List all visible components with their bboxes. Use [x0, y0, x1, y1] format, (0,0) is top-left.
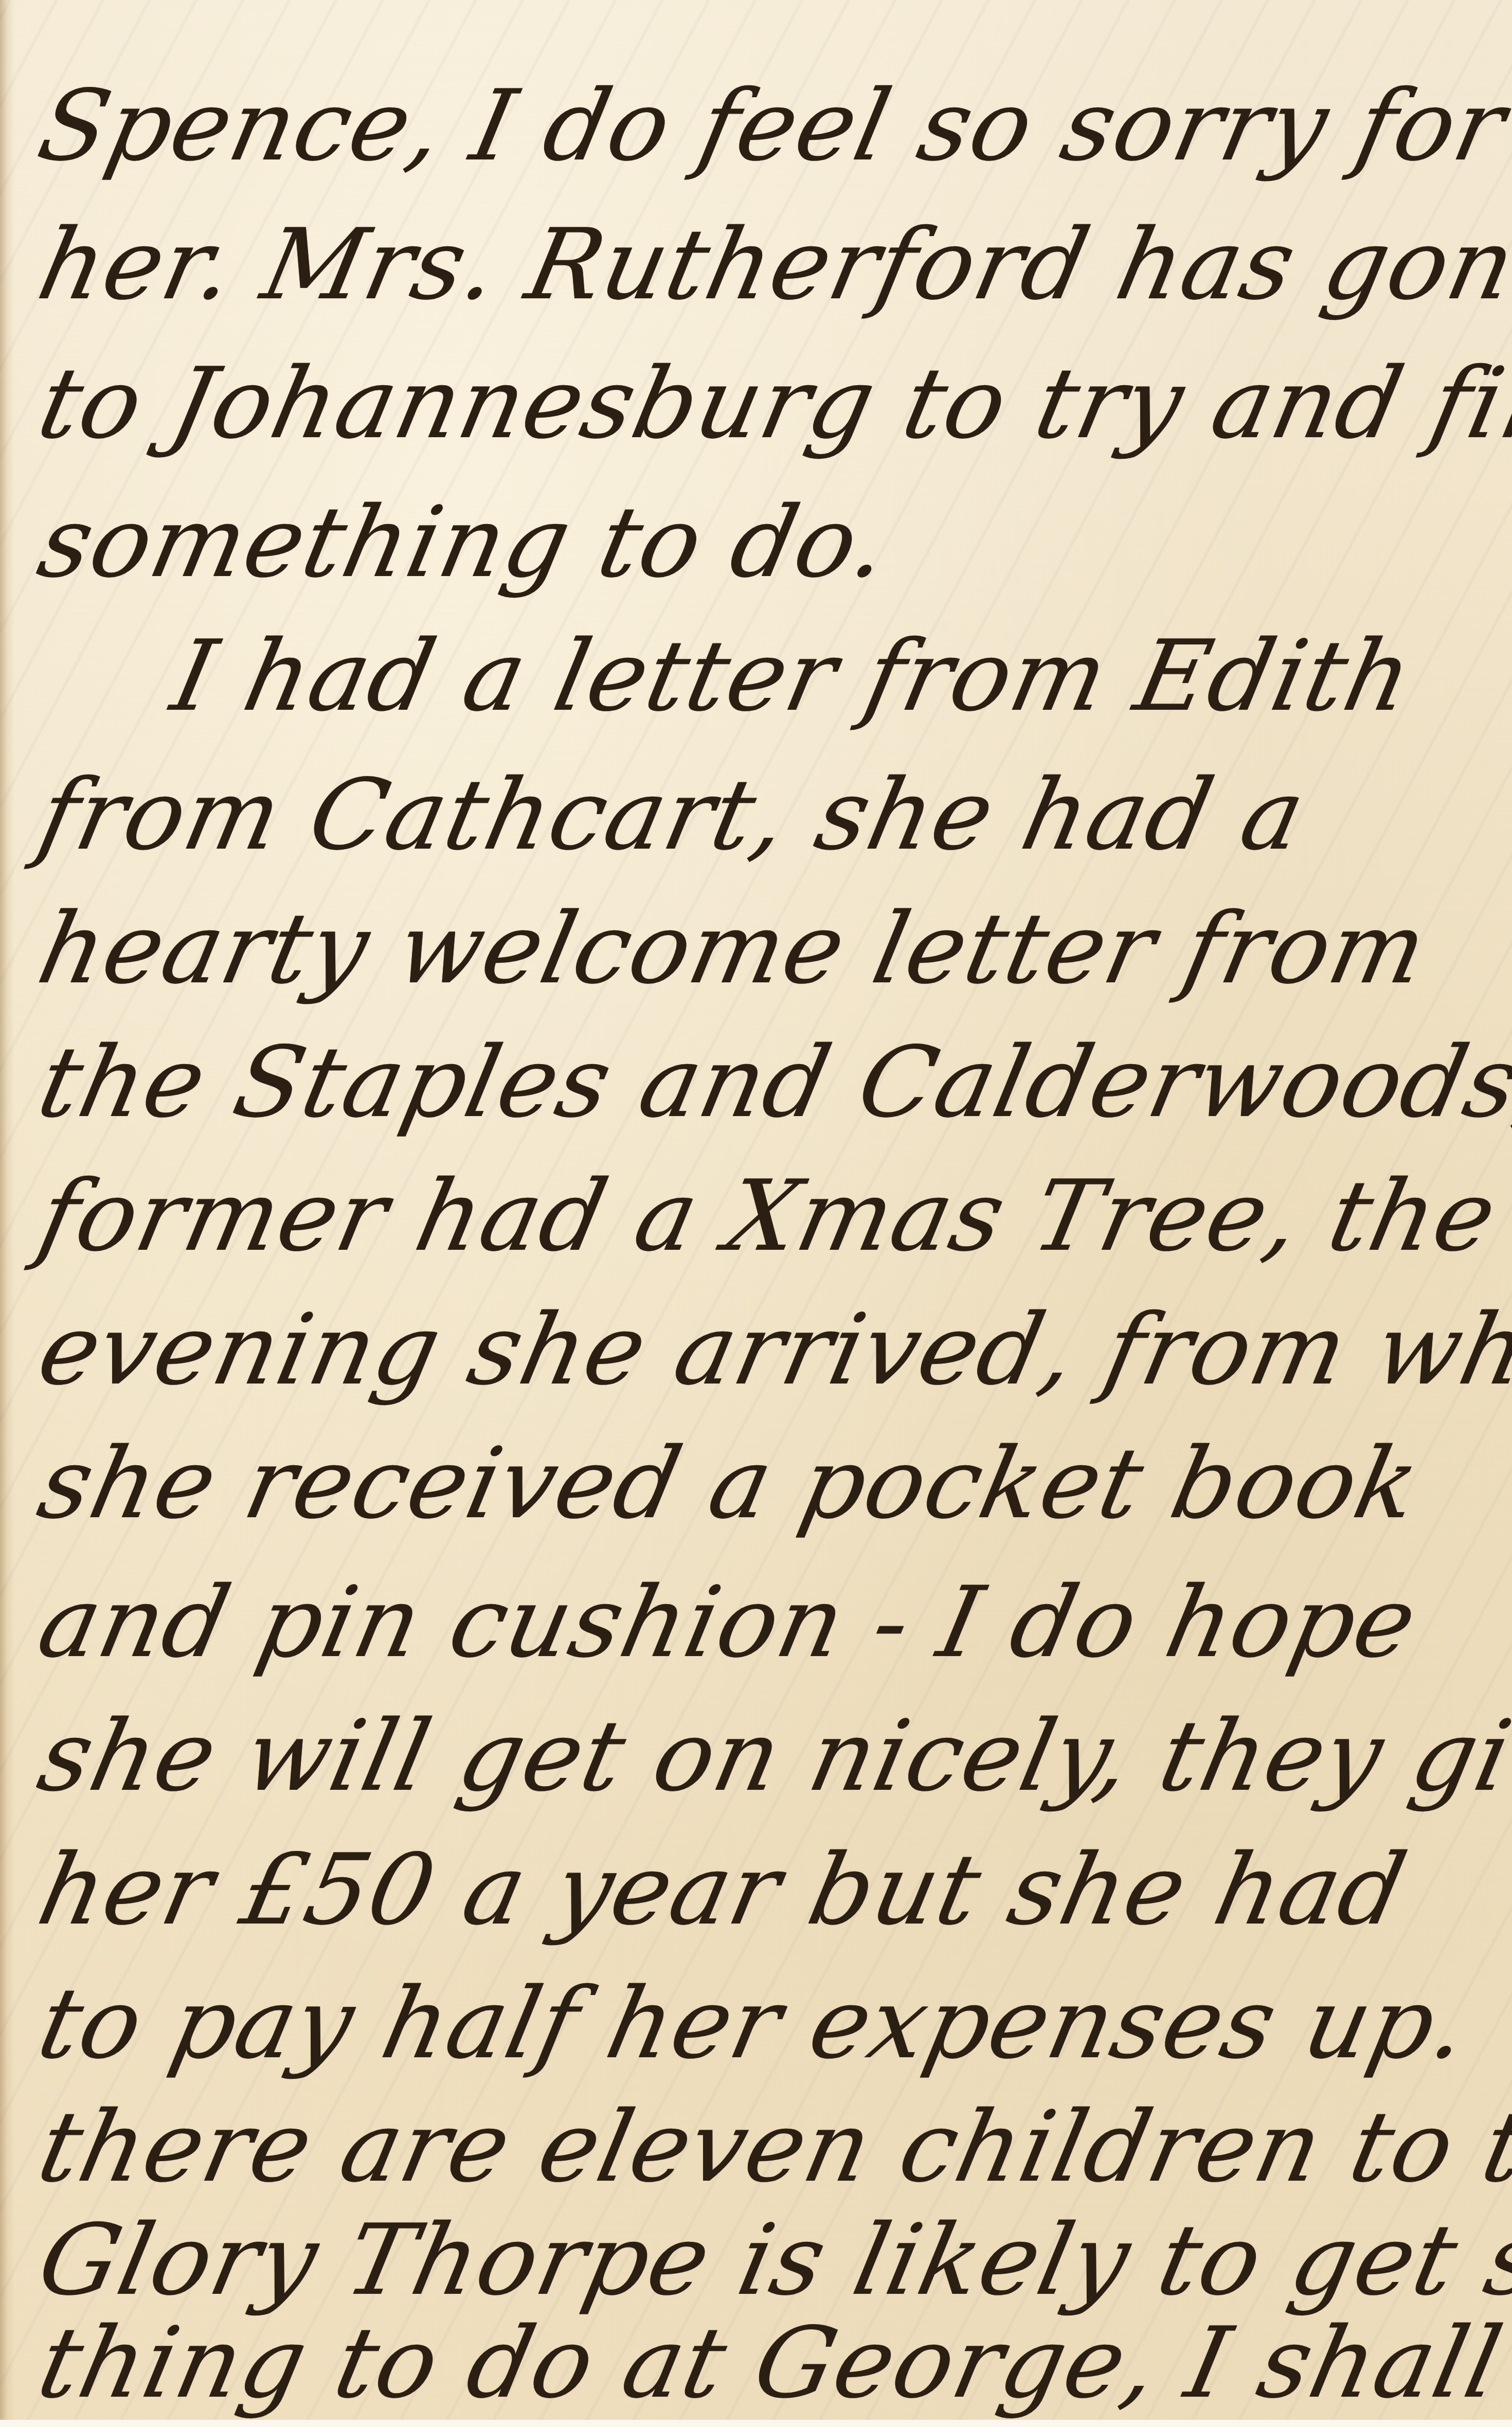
text-line-4: something to do.: [31, 494, 897, 591]
text-line-3: to Johannesburg to try and find: [31, 355, 1512, 453]
text-line-15: to pay half her expenses up.: [31, 1975, 1477, 2073]
text-line-17: Glory Thorpe is likely to get some-: [31, 2212, 1512, 2309]
text-line-10: evening she arrived, from which: [31, 1301, 1512, 1399]
text-line-18: thing to do at George, I shall be: [31, 2314, 1512, 2412]
page-bottom-edge: [0, 2420, 1512, 2427]
text-line-13: she will get on nicely, they give: [31, 1707, 1512, 1805]
text-line-5: I had a letter from Edith: [165, 627, 1421, 725]
letter-page: Spence, I do feel so sorry for her. Mrs.…: [0, 0, 1512, 2427]
text-line-6: from Cathcart, she had a: [31, 766, 1313, 864]
text-line-14: her £50 a year but she had: [31, 1841, 1414, 1939]
text-line-7: hearty welcome letter from: [31, 900, 1435, 998]
text-line-8: the Staples and Calderwoods, the: [31, 1034, 1512, 1131]
text-line-16: there are eleven children to teach.: [31, 2098, 1512, 2196]
text-line-1: Spence, I do feel so sorry for: [31, 77, 1512, 175]
text-line-2: her. Mrs. Rutherford has gone: [31, 216, 1512, 314]
text-line-12: and pin cushion - I do hope: [31, 1574, 1425, 1671]
text-line-9: former had a Xmas Tree, the: [31, 1167, 1505, 1265]
text-line-11: she received a pocket book: [31, 1435, 1428, 1533]
